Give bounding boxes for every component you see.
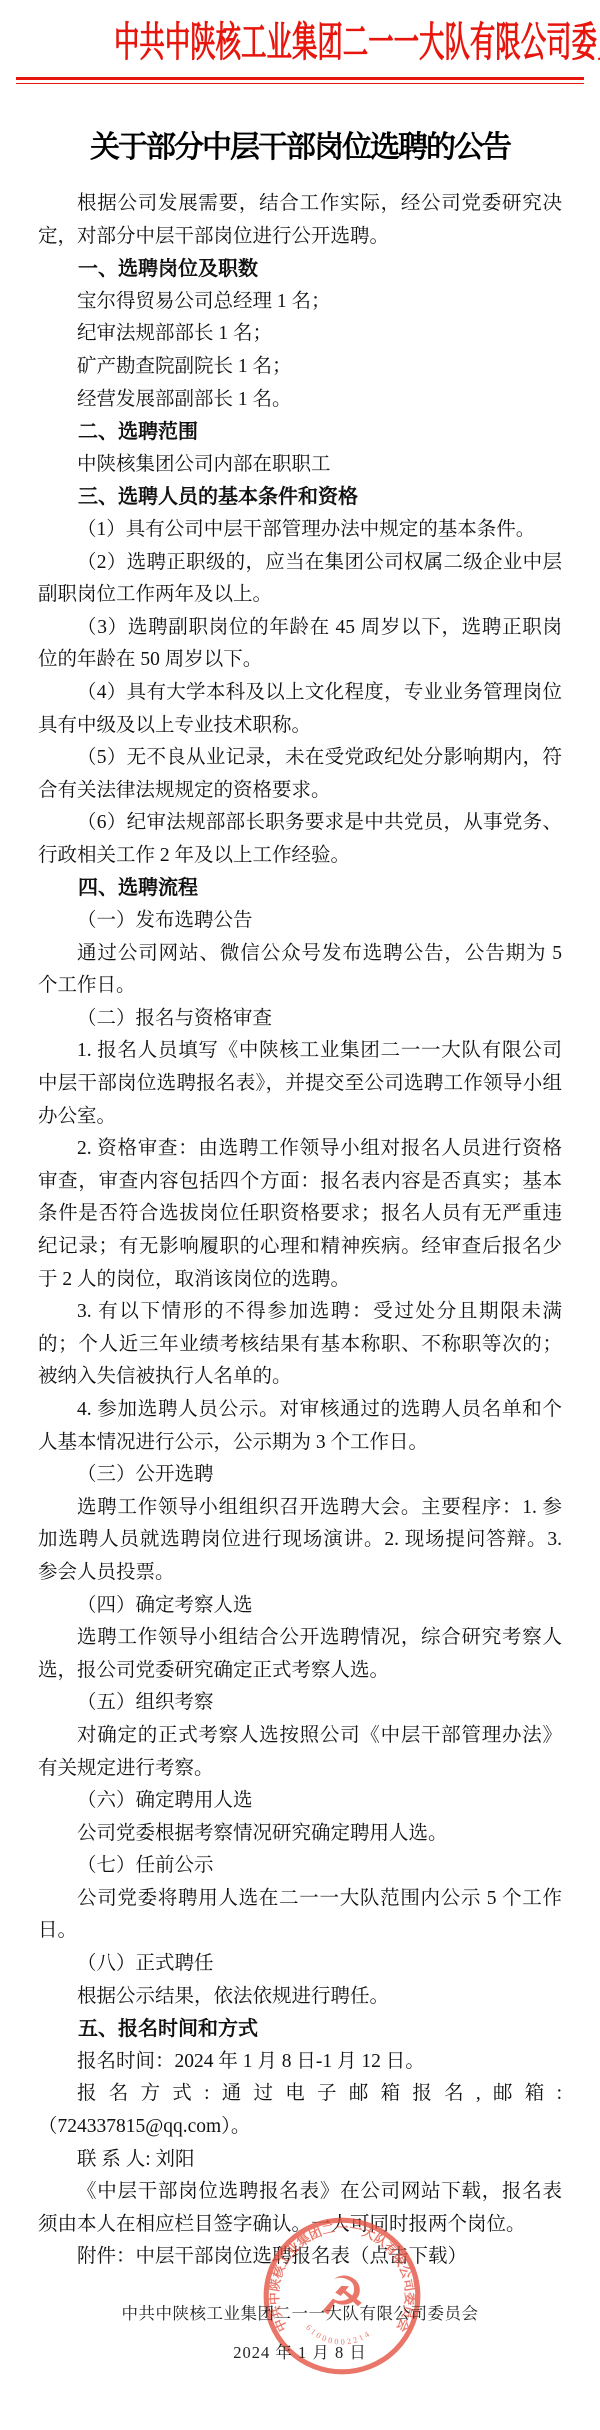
paragraph: （3）选聘副职岗位的年龄在 45 周岁以下，选聘正职岗位的年龄在 50 周岁以下… (38, 612, 562, 677)
paragraph: 宝尔得贸易公司总经理 1 名； (38, 286, 562, 319)
contact-person-line: 联 系 人: 刘阳 (38, 2144, 562, 2177)
paragraph: 通过公司网站、微信公众号发布选聘公告，公告期为 5 个工作日。 (38, 938, 562, 1003)
paragraph: 根据公司发展需要，结合工作实际，经公司党委研究决定，对部分中层干部岗位进行公开选… (38, 188, 562, 253)
paragraph: （二）报名与资格审查 (38, 1003, 562, 1036)
paragraph: （2）选聘正职级的，应当在集团公司权属二级企业中层副职岗位工作两年及以上。 (38, 547, 562, 612)
paragraph: （七）任前公示 (38, 1850, 562, 1883)
paragraph: （5）无不良从业记录，未在受党政纪处分影响期内，符合有关法律法规规定的资格要求。 (38, 742, 562, 807)
paragraph: 中陕核集团公司内部在职职工 (38, 449, 562, 482)
letterhead-org-name: 中共中陕核工业集团二一一大队有限公司委员会 (114, 16, 486, 68)
paragraph: 矿产勘查院副院长 1 名； (38, 351, 562, 384)
signature-org-name: 中共中陕核工业集团二一一大队有限公司委员会 (0, 2300, 600, 2324)
paragraph: （一）发布选聘公告 (38, 905, 562, 938)
section-heading: 二、选聘范围 (38, 416, 562, 449)
paragraph: 公司党委根据考察情况研究确定聘用人选。 (38, 1818, 562, 1851)
section-heading: 一、选聘岗位及职数 (38, 253, 562, 286)
paragraph: 对确定的正式考察人选按照公司《中层干部管理办法》有关规定进行考察。 (38, 1720, 562, 1785)
paragraph: 根据公示结果，依法依规进行聘任。 (38, 1981, 562, 2014)
signature-date: 2024 年 1 月 8 日 (0, 2339, 600, 2363)
section-heading: 四、选聘流程 (38, 872, 562, 905)
document-page: 中共中陕核工业集团二一一大队有限公司委员会 关于部分中层干部岗位选聘的公告 根据… (0, 0, 600, 2430)
signup-time-line: 报名时间：2024 年 1 月 8 日-1 月 12 日。 (38, 2046, 562, 2079)
paragraph: （三）公开选聘 (38, 1459, 562, 1492)
paragraph: （6）纪审法规部部长职务要求是中共党员，从事党务、行政相关工作 2 年及以上工作… (38, 807, 562, 872)
section-heading: 三、选聘人员的基本条件和资格 (38, 481, 562, 514)
paragraph: 1. 报名人员填写《中陕核工业集团二一一大队有限公司中层干部岗位选聘报名表》，并… (38, 1035, 562, 1133)
paragraph: 2. 资格审查：由选聘工作领导小组对报名人员进行资格审查，审查内容包括四个方面：… (38, 1133, 562, 1296)
paragraph: （四）确定考察人选 (38, 1590, 562, 1623)
paragraph: （4）具有大学本科及以上文化程度，专业业务管理岗位具有中级及以上专业技术职称。 (38, 677, 562, 742)
red-divider (16, 77, 584, 84)
paragraph: 经营发展部副部长 1 名。 (38, 384, 562, 417)
paragraph: 纪审法规部部长 1 名； (38, 318, 562, 351)
paragraph: 公司党委将聘用人选在二一一大队范围内公示 5 个工作日。 (38, 1883, 562, 1948)
paragraph: （1）具有公司中层干部管理办法中规定的基本条件。 (38, 514, 562, 547)
document-body: 根据公司发展需要，结合工作实际，经公司党委研究决定，对部分中层干部岗位进行公开选… (38, 188, 562, 2274)
paragraph: 选聘工作领导小组组织召开选聘大会。主要程序：1. 参加选聘人员就选聘岗位进行现场… (38, 1492, 562, 1590)
paragraph: （六）确定聘用人选 (38, 1785, 562, 1818)
signature-block: 中共中陕核工业集团二一一大队有限公司委员会 ☭ 61000002214 中共中陕… (0, 2198, 600, 2430)
paragraph: （五）组织考察 (38, 1687, 562, 1720)
paragraph: 选聘工作领导小组结合公开选聘情况，综合研究考察人选，报公司党委研究确定正式考察人… (38, 1622, 562, 1687)
paragraph: （八）正式聘任 (38, 1948, 562, 1981)
paragraph: 4. 参加选聘人员公示。对审核通过的选聘人员名单和个人基本情况进行公示，公示期为… (38, 1394, 562, 1459)
sign-block: 中共中陕核工业集团二一一大队有限公司委员会 2024 年 1 月 8 日 (0, 2300, 600, 2363)
paragraph: 3. 有以下情形的不得参加选聘：受过处分且期限未满的；个人近三年业绩考核结果有基… (38, 1296, 562, 1394)
signup-method-line: 报名方式:通过电子邮箱报名,邮箱:（724337815@qq.com）。 (38, 2078, 562, 2143)
document-title: 关于部分中层干部岗位选聘的公告 (0, 122, 600, 166)
section-heading: 五、报名时间和方式 (38, 2013, 562, 2046)
